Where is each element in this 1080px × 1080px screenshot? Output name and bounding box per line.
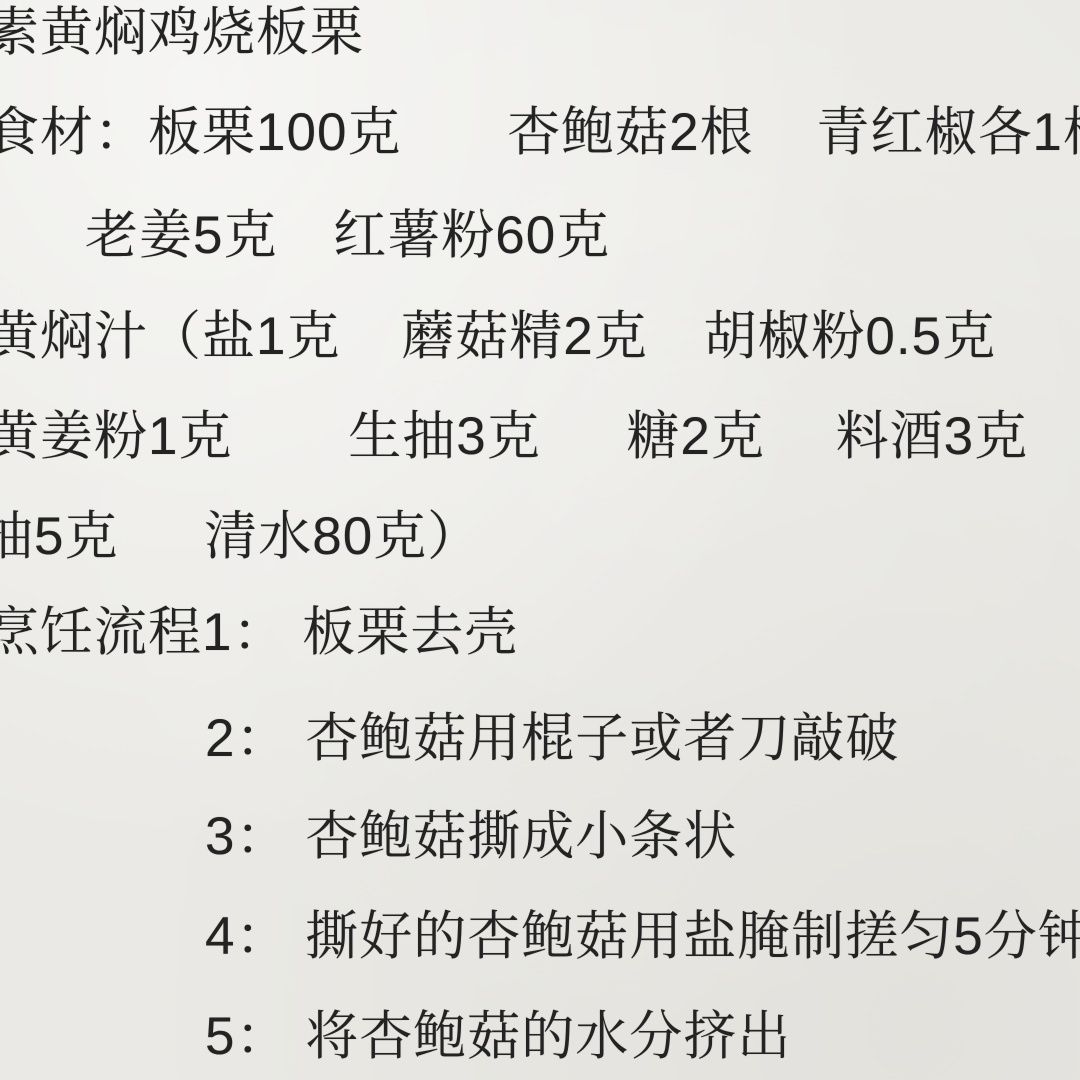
step-text: 杏鲍菇撕成小条状: [305, 809, 737, 865]
sauce-line-2: 黄姜粉1克 生抽3克 糖2克 料酒3克 香: [0, 409, 1080, 465]
sauce-chunk: 黄姜粉1克: [0, 409, 232, 465]
sauce-chunk: 胡椒粉0.5克: [703, 309, 996, 365]
ingredient-chunk: 青红椒各1根: [816, 105, 1080, 161]
ingredient-chunk: 红薯粉60克: [333, 208, 610, 264]
sauce-chunk: 料酒3克: [836, 409, 1028, 465]
step-text: 板栗去壳: [302, 605, 518, 661]
step-text: 撕好的杏鲍菇用盐腌制搓匀5分钟: [305, 909, 1080, 965]
sauce-chunk: 生抽3克: [348, 409, 540, 465]
sauce-chunk: 蘑菇精2克: [401, 309, 647, 365]
step-number-label: 3：: [205, 809, 289, 865]
sauce-line-1: 黄焖汁（盐1克 蘑菇精2克 胡椒粉0.5克: [0, 309, 996, 365]
recipe-card: 素黄焖鸡烧板栗 食材：板栗100克 杏鲍菇2根 青红椒各1根 老姜5克 红薯粉6…: [0, 0, 1080, 1080]
step-number-label: 2：: [205, 711, 289, 767]
cooking-step-4: 4： 撕好的杏鲍菇用盐腌制搓匀5分钟: [205, 909, 1080, 965]
sauce-line-3: 抽5克 清水80克）: [0, 509, 481, 565]
step-number-label: 烹饪流程1：: [0, 605, 286, 661]
recipe-title: 素黄焖鸡烧板栗: [0, 5, 364, 61]
cooking-step-1: 烹饪流程1： 板栗去壳: [0, 605, 518, 661]
ingredient-chunk: 老姜5克: [85, 208, 277, 264]
cooking-step-2: 2： 杏鲍菇用棍子或者刀敲破: [205, 711, 899, 767]
sauce-chunk: 糖2克: [626, 409, 764, 465]
ingredients-line-2: 老姜5克 红薯粉60克: [85, 208, 610, 264]
sauce-chunk: 黄焖汁（盐1克: [0, 309, 340, 365]
step-number-label: 5：: [205, 1009, 289, 1065]
step-text: 将杏鲍菇的水分挤出: [305, 1009, 791, 1065]
recipe-title-text: 素黄焖鸡烧板栗: [0, 5, 364, 61]
ingredient-chunk: 杏鲍菇2根: [507, 105, 753, 161]
ingredients-line-1: 食材：板栗100克 杏鲍菇2根 青红椒各1根: [0, 105, 1080, 161]
ingredient-chunk: 食材：板栗100克: [0, 105, 401, 161]
cooking-step-3: 3： 杏鲍菇撕成小条状: [205, 809, 737, 865]
step-number-label: 4：: [205, 909, 289, 965]
cooking-step-5: 5： 将杏鲍菇的水分挤出: [205, 1009, 791, 1065]
sauce-chunk: 抽5克: [0, 509, 118, 565]
sauce-chunk: 清水80克）: [204, 509, 481, 565]
step-text: 杏鲍菇用棍子或者刀敲破: [305, 711, 899, 767]
